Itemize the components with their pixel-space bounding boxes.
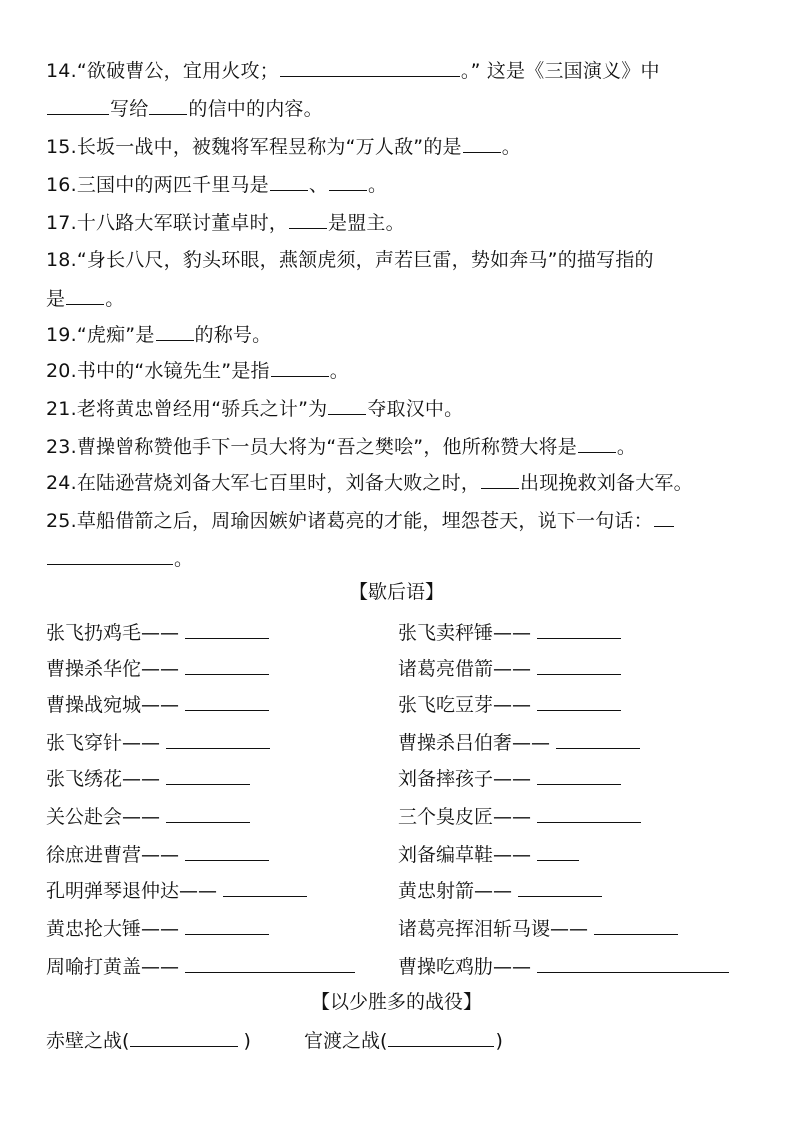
question-number: 14. [46,60,77,82]
answer-blank[interactable] [329,172,367,191]
battle-item: 官渡之战() [304,1028,503,1053]
question-text: 。 [105,288,124,310]
xiehouyu-phrase: 张飞吃豆芽 [398,694,493,716]
question-number: 21. [46,398,77,420]
xiehouyu-phrase: 关公赴会 [46,806,122,828]
xiehouyu-item: 张飞绣花—— [46,766,251,791]
question-text: 。” 这是《三国演义》中 [461,60,660,82]
question-18-line2: 是。 [46,286,124,311]
answer-blank[interactable] [289,210,327,229]
question-21: 21.老将黄忠曾经用“骄兵之计”为夺取汉中。 [46,396,463,421]
xiehouyu-phrase: 刘备摔孩子 [398,768,493,790]
answer-blank[interactable] [130,1028,238,1047]
answer-blank[interactable] [166,804,250,823]
xiehouyu-item: 张飞卖秤锤—— [398,620,622,645]
xiehouyu-phrase: 诸葛亮挥泪斩马谡 [398,918,550,940]
xiehouyu-item: 诸葛亮挥泪斩马谡—— [398,916,679,941]
answer-blank[interactable] [166,766,250,785]
answer-blank[interactable] [537,804,641,823]
dash: —— [141,918,179,940]
dash: —— [493,844,531,866]
question-text: “欲破曹公，宜用火攻； [77,60,279,82]
dash: —— [493,768,531,790]
question-text: 十八路大军联讨董卓时， [77,212,288,234]
open-paren: ( [380,1030,387,1052]
xiehouyu-item: 关公赴会—— [46,804,251,829]
question-25: 25.草船借箭之后，周瑜因嫉妒诸葛亮的才能，埋怨苍天，说下一句话： [46,508,675,533]
xiehouyu-item: 张飞扔鸡毛—— [46,620,270,645]
answer-blank[interactable] [185,692,269,711]
answer-blank[interactable] [185,842,269,861]
question-text: 是 [46,288,65,310]
question-text: 老将黄忠曾经用“骄兵之计”为 [77,398,328,420]
xiehouyu-phrase: 孔明弹琴退仲达 [46,880,179,902]
open-paren: ( [122,1030,129,1052]
xiehouyu-phrase: 黄忠射箭 [398,880,474,902]
xiehouyu-phrase: 三个臭皮匠 [398,806,493,828]
answer-blank[interactable] [47,546,173,565]
xiehouyu-item: 曹操杀吕伯奢—— [398,730,641,755]
xiehouyu-phrase: 曹操吃鸡肋 [398,956,493,978]
question-text: 长坂一战中，被魏将军程昱称为“万人敌”的是 [77,136,462,158]
xiehouyu-item: 张飞吃豆芽—— [398,692,622,717]
xiehouyu-item: 黄忠抡大锤—— [46,916,270,941]
answer-blank[interactable] [594,916,678,935]
question-text: 出现挽救刘备大军。 [520,472,693,494]
question-number: 15. [46,136,77,158]
answer-blank[interactable] [280,58,460,77]
answer-blank[interactable] [185,954,355,973]
dash: —— [141,658,179,680]
question-20: 20.书中的“水镜先生”是指。 [46,358,349,383]
answer-blank[interactable] [47,96,109,115]
xiehouyu-phrase: 周喻打黄盖 [46,956,141,978]
answer-blank[interactable] [156,322,194,341]
question-18: 18.“身长八尺，豹头环眼，燕颔虎须，声若巨雷，势如奔马”的描写指的 [46,248,654,272]
dash: —— [179,880,217,902]
dash: —— [550,918,588,940]
xiehouyu-phrase: 张飞绣花 [46,768,122,790]
question-number: 19. [46,324,77,346]
question-19: 19.“虎痴”是的称号。 [46,322,271,347]
xiehouyu-heading: 【歇后语】 [0,580,793,604]
xiehouyu-phrase: 张飞穿针 [46,732,122,754]
xiehouyu-item: 刘备编草鞋—— [398,842,580,867]
question-text: 夺取汉中。 [367,398,463,420]
xiehouyu-item: 曹操吃鸡肋—— [398,954,730,979]
xiehouyu-item: 三个臭皮匠—— [398,804,642,829]
question-16: 16.三国中的两匹千里马是、。 [46,172,387,197]
answer-blank[interactable] [463,134,501,153]
answer-blank[interactable] [388,1028,494,1047]
answer-blank[interactable] [166,730,270,749]
xiehouyu-item: 徐庶进曹营—— [46,842,270,867]
xiehouyu-phrase: 刘备编草鞋 [398,844,493,866]
answer-blank[interactable] [556,730,640,749]
battle-item: 赤壁之战() [46,1028,251,1053]
xiehouyu-item: 张飞穿针—— [46,730,271,755]
question-text: 的称号。 [195,324,272,346]
question-text: 。 [330,360,349,382]
xiehouyu-item: 诸葛亮借箭—— [398,656,622,681]
question-number: 18. [46,249,77,271]
question-text: 曹操曾称赞他手下一员大将为“吾之樊哙”，他所称赞大将是 [77,436,577,458]
xiehouyu-phrase: 曹操战宛城 [46,694,141,716]
answer-blank[interactable] [518,878,602,897]
question-number: 20. [46,360,77,382]
question-text: 写给 [110,98,148,120]
answer-blank[interactable] [223,878,307,897]
xiehouyu-phrase: 张飞卖秤锤 [398,622,493,644]
battle-name: 官渡之战 [304,1030,380,1052]
answer-blank[interactable] [537,842,579,861]
answer-blank[interactable] [537,656,621,675]
dash: —— [141,622,179,644]
question-number: 25. [46,510,77,532]
battle-name: 赤壁之战 [46,1030,122,1052]
answer-blank[interactable] [270,172,308,191]
question-number: 17. [46,212,77,234]
question-14-line2: 写给的信中的内容。 [46,96,323,121]
question-text: 的信中的内容。 [188,98,322,120]
question-number: 16. [46,174,77,196]
dash: —— [122,732,160,754]
answer-blank[interactable] [185,656,269,675]
dash: —— [493,694,531,716]
question-17: 17.十八路大军联讨董卓时，是盟主。 [46,210,405,235]
question-text: 在陆逊营烧刘备大军七百里时，刘备大败之时， [77,472,480,494]
question-text: 。 [368,174,387,196]
separator: 、 [309,174,328,196]
answer-blank[interactable] [537,620,621,639]
dash: —— [474,880,512,902]
question-25-line2: 。 [46,546,193,571]
worksheet-page: 14.“欲破曹公，宜用火攻；。” 这是《三国演义》中 写给的信中的内容。 15.… [0,0,793,1121]
question-23: 23.曹操曾称赞他手下一员大将为“吾之樊哙”，他所称赞大将是。 [46,434,636,459]
xiehouyu-item: 周喻打黄盖—— [46,954,356,979]
question-24: 24.在陆逊营烧刘备大军七百里时，刘备大败之时，出现挽救刘备大军。 [46,470,693,495]
xiehouyu-item: 曹操杀华佗—— [46,656,270,681]
question-text: “身长八尺，豹头环眼，燕颔虎须，声若巨雷，势如奔马”的描写指的 [77,249,654,271]
answer-blank[interactable] [481,470,519,489]
answer-blank[interactable] [66,286,104,305]
xiehouyu-phrase: 诸葛亮借箭 [398,658,493,680]
xiehouyu-item: 黄忠射箭—— [398,878,603,903]
answer-blank[interactable] [328,396,366,415]
question-text: 草船借箭之后，周瑜因嫉妒诸葛亮的才能，埋怨苍天，说下一句话： [77,510,653,532]
answer-blank[interactable] [185,620,269,639]
dash: —— [122,806,160,828]
question-text: 。 [174,548,193,570]
question-text: “虎痴”是 [77,324,155,346]
question-15: 15.长坂一战中，被魏将军程昱称为“万人敌”的是。 [46,134,521,159]
dash: —— [141,956,179,978]
dash: —— [493,622,531,644]
dash: —— [493,806,531,828]
xiehouyu-phrase: 张飞扔鸡毛 [46,622,141,644]
answer-blank[interactable] [271,358,329,377]
xiehouyu-item: 曹操战宛城—— [46,692,270,717]
dash: —— [493,658,531,680]
question-text: 三国中的两匹千里马是 [77,174,269,196]
answer-blank[interactable] [537,954,729,973]
answer-blank[interactable] [654,508,674,527]
question-text: 是盟主。 [328,212,405,234]
question-number: 24. [46,472,77,494]
close-paren: ) [243,1030,250,1052]
dash: —— [141,694,179,716]
dash: —— [493,956,531,978]
question-number: 23. [46,436,77,458]
dash: —— [141,844,179,866]
answer-blank[interactable] [537,766,621,785]
close-paren: ) [495,1030,502,1052]
answer-blank[interactable] [578,434,616,453]
xiehouyu-phrase: 曹操杀吕伯奢 [398,732,512,754]
dash: —— [122,768,160,790]
xiehouyu-item: 刘备摔孩子—— [398,766,622,791]
xiehouyu-item: 孔明弹琴退仲达—— [46,878,308,903]
dash: —— [512,732,550,754]
answer-blank[interactable] [185,916,269,935]
question-text: 。 [617,436,636,458]
question-14: 14.“欲破曹公，宜用火攻；。” 这是《三国演义》中 [46,58,660,83]
question-text: 书中的“水镜先生”是指 [77,360,270,382]
answer-blank[interactable] [537,692,621,711]
xiehouyu-phrase: 徐庶进曹营 [46,844,141,866]
answer-blank[interactable] [149,96,187,115]
question-text: 。 [502,136,521,158]
xiehouyu-phrase: 黄忠抡大锤 [46,918,141,940]
xiehouyu-phrase: 曹操杀华佗 [46,658,141,680]
battles-heading: 【以少胜多的战役】 [0,990,793,1014]
